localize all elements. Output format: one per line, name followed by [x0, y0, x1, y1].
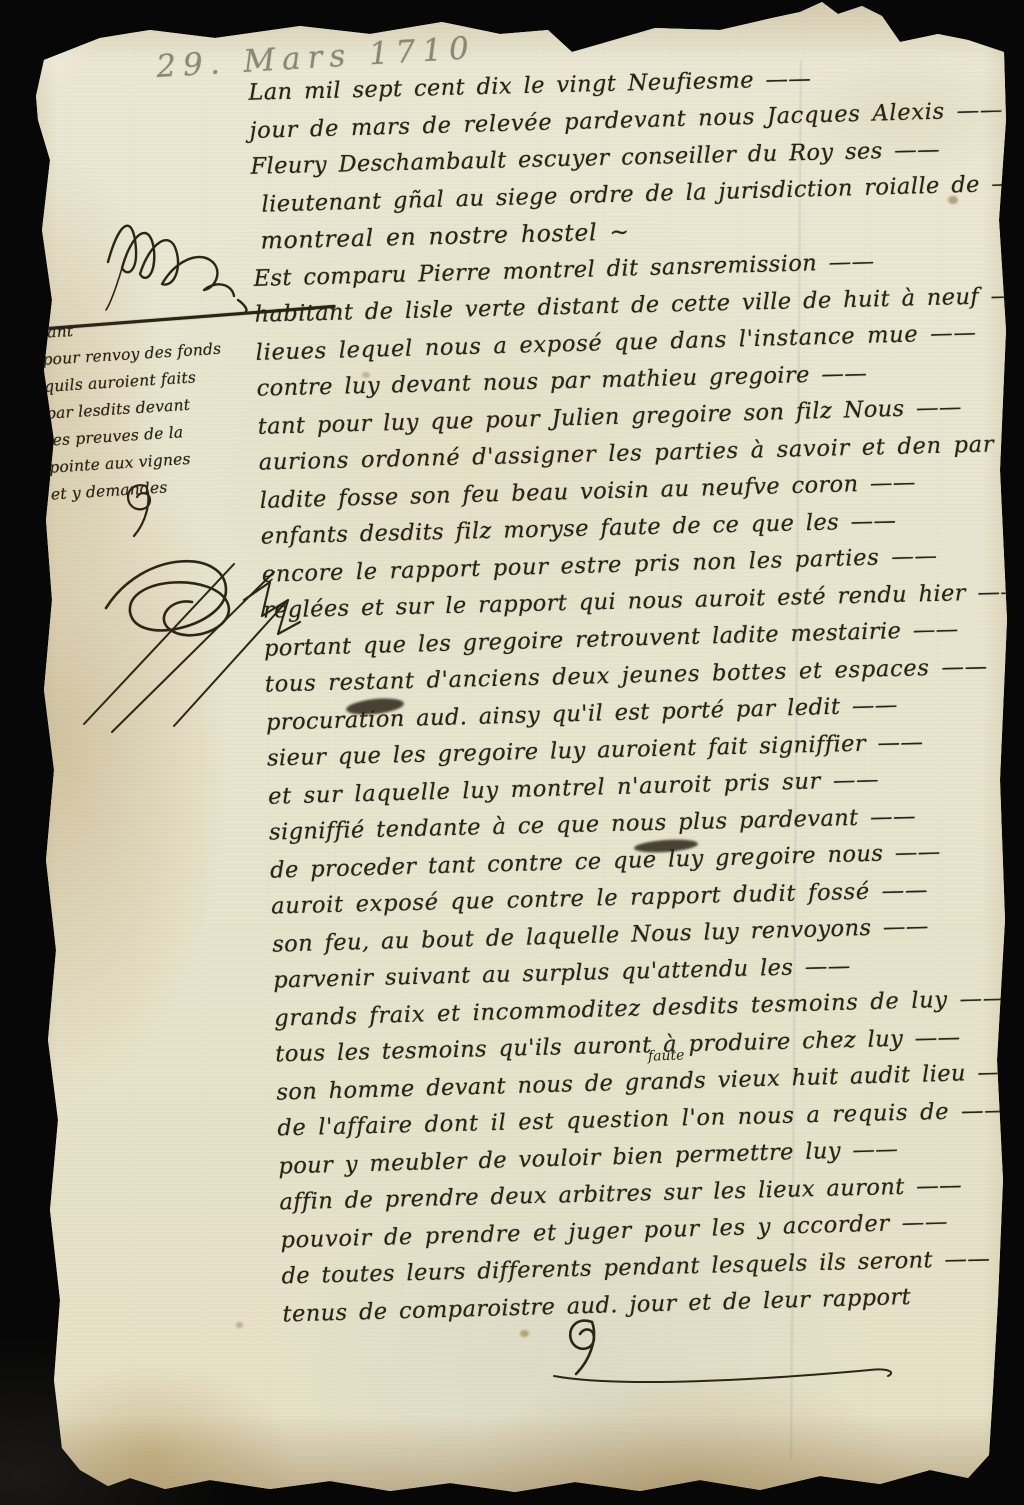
margin-note: tantpour renvoy des fondsquils auroient …	[40, 306, 281, 509]
scan-background: 29. Mars 1710 tantpour renvoy des fondsq…	[0, 0, 1024, 1505]
act-body-text: Lan mil sept cent dix le vingt Neufiesme…	[248, 55, 1024, 1334]
interlinear-insertion: faute	[648, 1047, 685, 1064]
foxing-spot	[520, 1330, 529, 1337]
foxing-spot	[236, 1322, 243, 1328]
closing-paraph-icon	[540, 1312, 920, 1392]
folded-corner	[0, 0, 150, 140]
manuscript-page: 29. Mars 1710 tantpour renvoy des fondsq…	[0, 0, 1024, 1505]
